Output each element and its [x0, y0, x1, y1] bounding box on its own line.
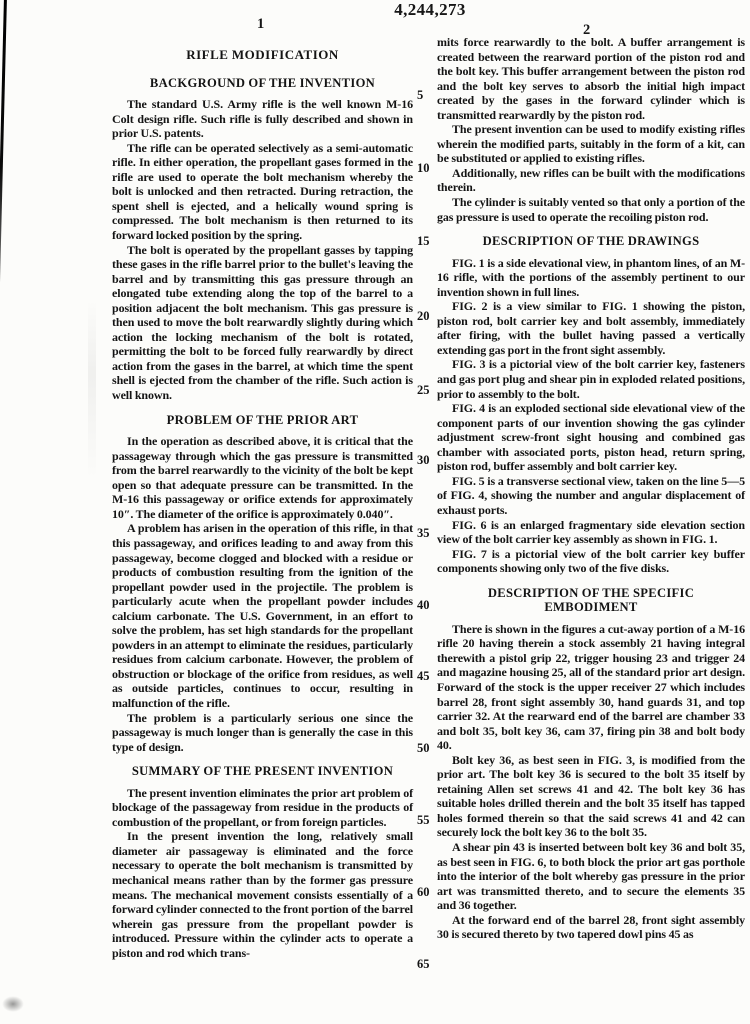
patent-column-2: mits force rearwardly to the bolt. A buf…	[437, 35, 745, 942]
paragraph: In the present invention the long, relat…	[112, 829, 413, 960]
paragraph: FIG. 6 is an enlarged fragmentary side e…	[437, 518, 745, 547]
paragraph: The problem is a particularly serious on…	[112, 711, 413, 755]
paragraph: FIG. 7 is a pictorial view of the bolt c…	[437, 547, 745, 576]
paragraph: Additionally, new rifles can be built wi…	[437, 166, 745, 195]
section-heading: DESCRIPTION OF THE SPECIFIC EMBODIMENT	[460, 586, 722, 615]
document-title: RIFLE MODIFICATION	[112, 48, 413, 63]
line-number: 35	[417, 526, 441, 541]
paragraph: The rifle can be operated selectively as…	[112, 141, 413, 243]
patent-number: 4,244,273	[394, 0, 466, 20]
paragraph: The standard U.S. Army rifle is the well…	[112, 97, 413, 141]
paragraph: The bolt is operated by the propellant g…	[112, 243, 413, 403]
paragraph: The present invention can be used to mod…	[437, 122, 745, 166]
paragraph: FIG. 1 is a side elevational view, in ph…	[437, 256, 745, 300]
paragraph: FIG. 5 is a transverse sectional view, t…	[437, 474, 745, 518]
line-number: 15	[417, 234, 441, 249]
paragraph: The present invention eliminates the pri…	[112, 786, 413, 830]
line-number: 45	[417, 669, 441, 684]
paragraph: Bolt key 36, as best seen in FIG. 3, is …	[437, 753, 745, 840]
paragraph: FIG. 4 is an exploded sectional side ele…	[437, 401, 745, 474]
paragraph: FIG. 2 is a view similar to FIG. 1 showi…	[437, 299, 745, 357]
line-number: 40	[417, 598, 441, 613]
section-heading: PROBLEM OF THE PRIOR ART	[132, 413, 394, 428]
line-number: 65	[417, 957, 441, 972]
scan-edge-artifact	[0, 0, 7, 426]
line-number: 50	[417, 741, 441, 756]
patent-column-1: RIFLE MODIFICATIONBACKGROUND OF THE INVE…	[112, 46, 413, 960]
section-heading: BACKGROUND OF THE INVENTION	[132, 76, 394, 91]
line-number: 55	[417, 813, 441, 828]
paragraph: The cylinder is suitably vented so that …	[437, 195, 745, 224]
section-heading: SUMMARY OF THE PRESENT INVENTION	[132, 764, 394, 779]
paragraph: In the operation as described above, it …	[112, 434, 413, 521]
line-number: 20	[417, 309, 441, 324]
patent-page: 4,244,273 1 2 RIFLE MODIFICATIONBACKGROU…	[0, 0, 750, 1024]
line-number: 30	[417, 453, 441, 468]
line-number: 10	[417, 161, 441, 176]
paragraph: A shear pin 43 is inserted between bolt …	[437, 840, 745, 913]
paragraph: FIG. 3 is a pictorial view of the bolt c…	[437, 357, 745, 401]
line-number: 5	[417, 88, 441, 103]
column-number-1: 1	[257, 16, 264, 33]
line-number: 60	[417, 885, 441, 900]
paragraph: A problem has arisen in the operation of…	[112, 521, 413, 710]
scan-smudge	[2, 996, 24, 1012]
paragraph: There is shown in the figures a cut-away…	[437, 622, 745, 753]
line-number: 25	[417, 383, 441, 398]
section-heading: DESCRIPTION OF THE DRAWINGS	[460, 234, 722, 249]
paragraph: mits force rearwardly to the bolt. A buf…	[437, 35, 745, 122]
scan-smudge	[88, 300, 96, 480]
paragraph: At the forward end of the barrel 28, fro…	[437, 913, 745, 942]
